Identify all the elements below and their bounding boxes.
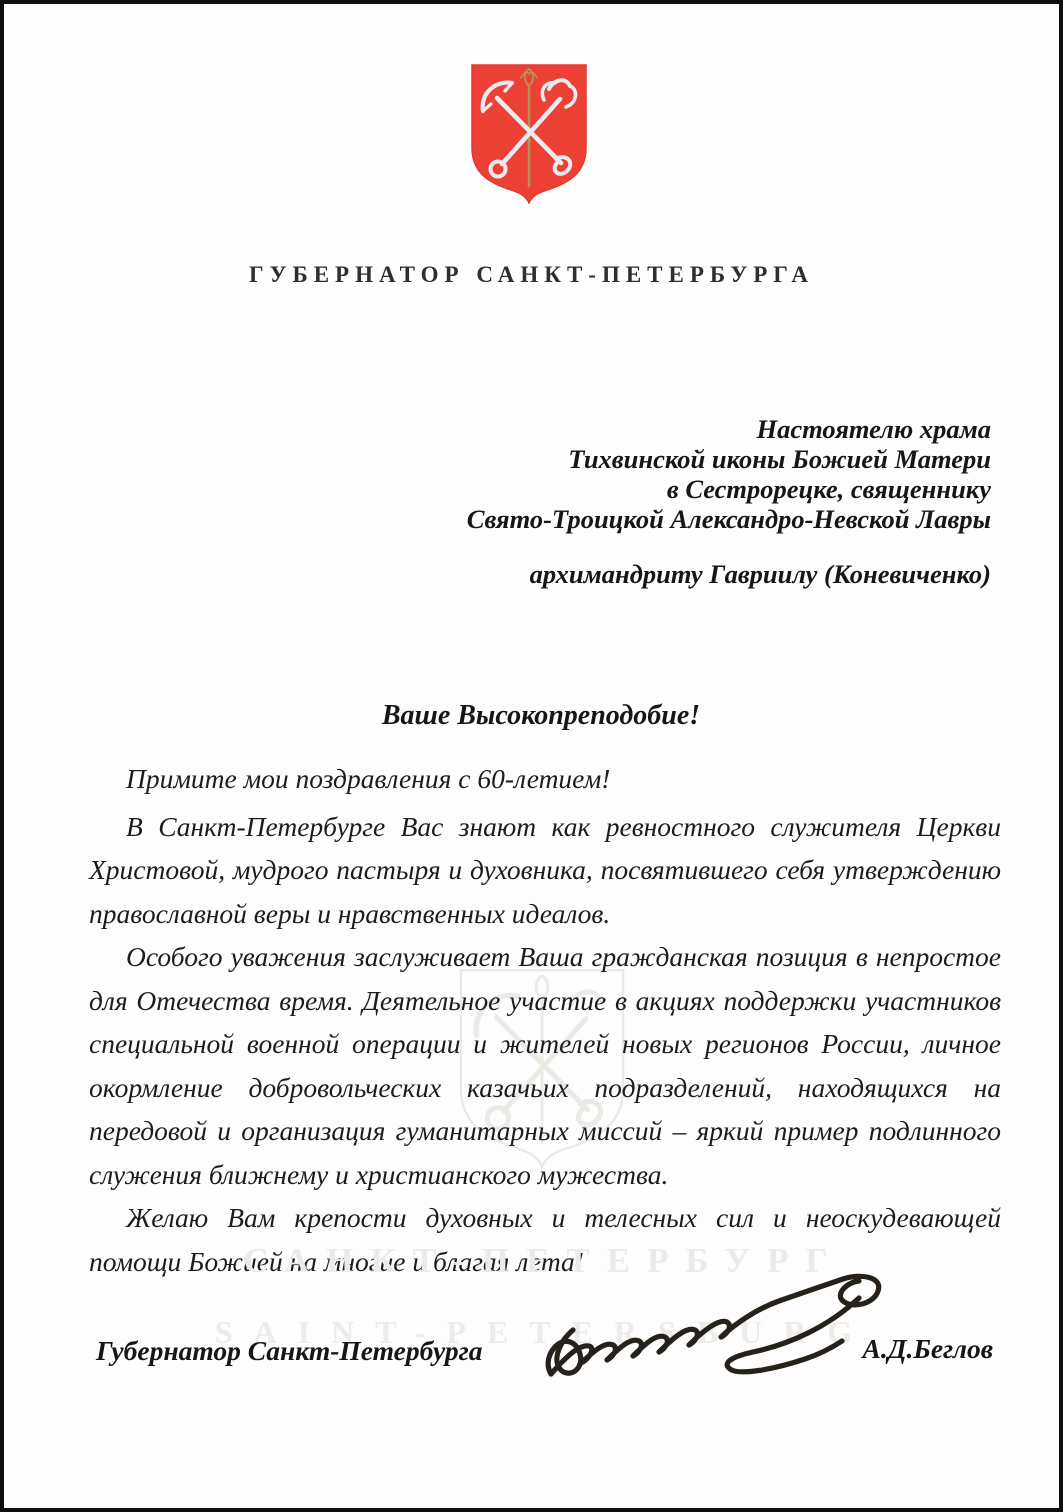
body-paragraph: Особого уважения заслуживает Ваша гражда… (89, 935, 1001, 1196)
saint-petersburg-coat-of-arms-icon (469, 62, 589, 204)
salutation: Ваше Высокопреподобие! (89, 700, 993, 732)
signature-name: А.Д.Беглов (863, 1333, 994, 1365)
addressee-line: в Сестрорецке, священнику (467, 474, 991, 504)
letterhead-title: ГУБЕРНАТОР САНКТ-ПЕТЕРБУРГА (4, 262, 1059, 288)
addressee-line: Настоятелю храма (467, 414, 991, 444)
body-paragraph: Примите мои поздравления с 60-летием! (89, 757, 1001, 801)
signature-title: Губернатор Санкт-Петербурга (96, 1335, 482, 1367)
handwritten-signature (537, 1266, 909, 1384)
addressee-line: Тихвинской иконы Божией Матери (467, 444, 991, 474)
letter-page: ГУБЕРНАТОР САНКТ-ПЕТЕРБУРГА Настоятелю х… (0, 0, 1063, 1512)
addressee-recipient: архимандриту Гавриилу (Коневиченко) (467, 559, 991, 589)
addressee-block: Настоятелю храма Тихвинской иконы Божией… (467, 414, 991, 589)
body-paragraph: В Санкт-Петербурге Вас знают как ревност… (89, 805, 1001, 936)
addressee-line: Свято-Троицкой Александро-Невской Лавры (467, 504, 991, 534)
letter-body: Примите мои поздравления с 60-летием! В … (89, 757, 1001, 1283)
